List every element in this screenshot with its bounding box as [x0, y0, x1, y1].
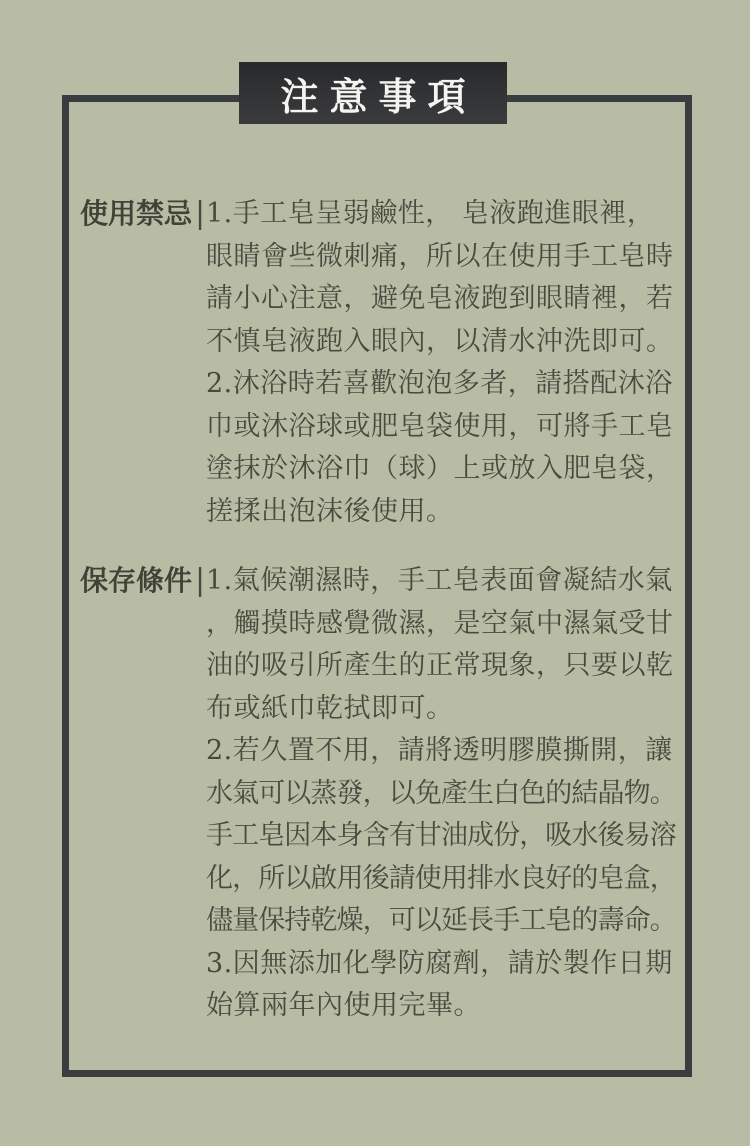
section-label: 保存條件: [80, 560, 192, 603]
notice-content: 使用禁忌 | 1.手工皂呈弱鹼性， 皂液跑進眼裡， 眼睛會些微刺痛，所以在使用手…: [80, 193, 686, 1028]
section-text: 1.氣候潮濕時，手工皂表面會凝結水氣 ，觸摸時感覺微濕，是空氣中濕氣受甘 油的吸…: [206, 560, 686, 1028]
text-line: 眼睛會些微刺痛，所以在使用手工皂時: [206, 236, 686, 279]
text-line: 2.沐浴時若喜歡泡泡多者，請搭配沐浴: [206, 363, 686, 406]
section-text: 1.手工皂呈弱鹼性， 皂液跑進眼裡， 眼睛會些微刺痛，所以在使用手工皂時 請小心…: [206, 193, 686, 533]
text-line: 搓揉出泡沫後使用。: [206, 491, 686, 534]
page-title: 注意事項: [269, 66, 476, 121]
section-label-row: 使用禁忌 |: [80, 193, 206, 236]
text-line: ，觸摸時感覺微濕，是空氣中濕氣受甘: [206, 603, 686, 646]
text-line: 儘量保持乾燥，可以延長手工皂的壽命。: [206, 900, 686, 943]
text-line: 塗抹於沐浴巾（球）上或放入肥皂袋，: [206, 448, 686, 491]
text-line: 始算兩年內使用完畢。: [206, 985, 686, 1028]
section-label: 使用禁忌: [80, 193, 192, 236]
label-divider: |: [195, 560, 205, 603]
text-line: 手工皂因本身含有甘油成份，吸水後易溶: [206, 815, 686, 858]
notice-card-page: { "page": { "background_color": "#b8bca4…: [0, 0, 750, 1146]
text-line: 1.氣候潮濕時，手工皂表面會凝結水氣: [206, 560, 686, 603]
text-line: 請小心注意，避免皂液跑到眼睛裡，若: [206, 278, 686, 321]
label-divider: |: [195, 193, 205, 236]
text-line: 布或紙巾乾拭即可。: [206, 688, 686, 731]
text-line: 化，所以啟用後請使用排水良好的皂盒，: [206, 858, 686, 901]
text-line: 巾或沐浴球或肥皂袋使用，可將手工皂: [206, 406, 686, 449]
text-line: 3.因無添加化學防腐劑，請於製作日期: [206, 943, 686, 986]
text-line: 不慎皂液跑入眼內，以清水沖洗即可。: [206, 321, 686, 364]
text-line: 油的吸引所產生的正常現象，只要以乾: [206, 645, 686, 688]
section-usage-taboos: 使用禁忌 | 1.手工皂呈弱鹼性， 皂液跑進眼裡， 眼睛會些微刺痛，所以在使用手…: [80, 193, 686, 533]
section-label-row: 保存條件 |: [80, 560, 206, 603]
text-line: 1.手工皂呈弱鹼性， 皂液跑進眼裡，: [206, 193, 686, 236]
text-line: 2.若久置不用，請將透明膠膜撕開，讓: [206, 730, 686, 773]
title-banner: 注意事項: [239, 62, 507, 124]
text-line: 水氣可以蒸發，以免產生白色的結晶物。: [206, 773, 686, 816]
section-storage-conditions: 保存條件 | 1.氣候潮濕時，手工皂表面會凝結水氣 ，觸摸時感覺微濕，是空氣中濕…: [80, 560, 686, 1028]
